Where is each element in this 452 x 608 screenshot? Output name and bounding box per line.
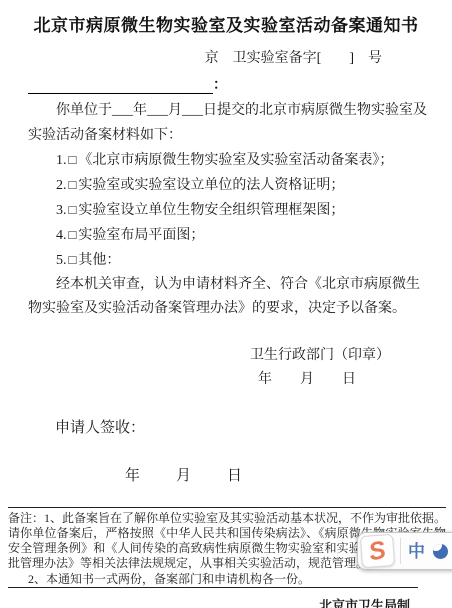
item-number: 4.: [56, 228, 67, 243]
fullwidth-toggle-button[interactable]: [433, 544, 448, 559]
item-label: 其他：: [78, 253, 120, 268]
checklist-item-3: 3.□实验室设立单位生物安全组织管理框架图；: [56, 198, 436, 223]
sogou-logo-button[interactable]: S: [360, 534, 395, 568]
authority-signature-label: 卫生行政部门（印章）: [250, 347, 452, 365]
ime-toolbar-main: 中: [400, 538, 452, 564]
chinese-mode-button[interactable]: 中: [408, 543, 425, 560]
salutation-line: ：: [28, 74, 452, 94]
materials-checklist: 1.□《北京市病原微生物实验室及实验室活动备案表》； 2.□实验室或实验室设立单…: [56, 148, 436, 273]
document-number: 京 卫实验室备字[ ] 号: [0, 50, 382, 68]
checkbox-icon: □: [69, 202, 77, 217]
item-number: 1.: [56, 153, 67, 168]
checklist-item-4: 4.□实验室布局平面图；: [56, 223, 436, 248]
sogou-logo-icon: S: [367, 537, 389, 565]
item-label: 《北京市病原微生物实验室及实验室活动备案表》；: [78, 153, 393, 168]
checklist-item-2: 2.□实验室或实验室设立单位的法人资格证明；: [56, 173, 436, 198]
checkbox-icon: □: [69, 152, 77, 167]
item-label: 实验室或实验室设立单位的法人资格证明；: [78, 178, 344, 193]
recipient-blank-line: [28, 79, 213, 94]
checklist-item-1: 1.□《北京市病原微生物实验室及实验室活动备案表》；: [56, 148, 436, 173]
item-number: 5.: [56, 253, 67, 268]
decision-paragraph: 经本机关审查，认为申请材料齐全、符合《北京市病原微生物实验室及实验活动备案管理办…: [28, 273, 432, 321]
applicant-date-line: 年 月 日: [125, 467, 452, 485]
intro-paragraph: 你单位于___年___月___日提交的北京市病原微生物实验室及实验活动备案材料如…: [28, 98, 432, 148]
authority-date-line: 年 月 日: [258, 371, 452, 389]
page-title: 北京市病原微生物实验室及实验室活动备案通知书: [0, 0, 452, 36]
item-number: 2.: [56, 178, 67, 193]
checkbox-icon: □: [69, 227, 77, 242]
checkbox-icon: □: [69, 252, 77, 267]
moon-icon: [433, 544, 448, 559]
checklist-item-5: 5.□其他：: [56, 248, 436, 273]
ime-toolbar: S 中: [357, 532, 452, 570]
checkbox-icon: □: [69, 177, 77, 192]
footnote-2: 2、本通知书一式两份，备案部门和申请机构各一份。: [8, 572, 418, 588]
salutation-colon: ：: [213, 78, 227, 93]
item-label: 实验室设立单位生物安全组织管理框架图；: [78, 203, 344, 218]
issuer-label: 北京市卫生局制: [0, 595, 410, 608]
applicant-signature-label: 申请人签收：: [55, 419, 452, 437]
item-number: 3.: [56, 203, 67, 218]
item-label: 实验室布局平面图；: [78, 228, 204, 243]
